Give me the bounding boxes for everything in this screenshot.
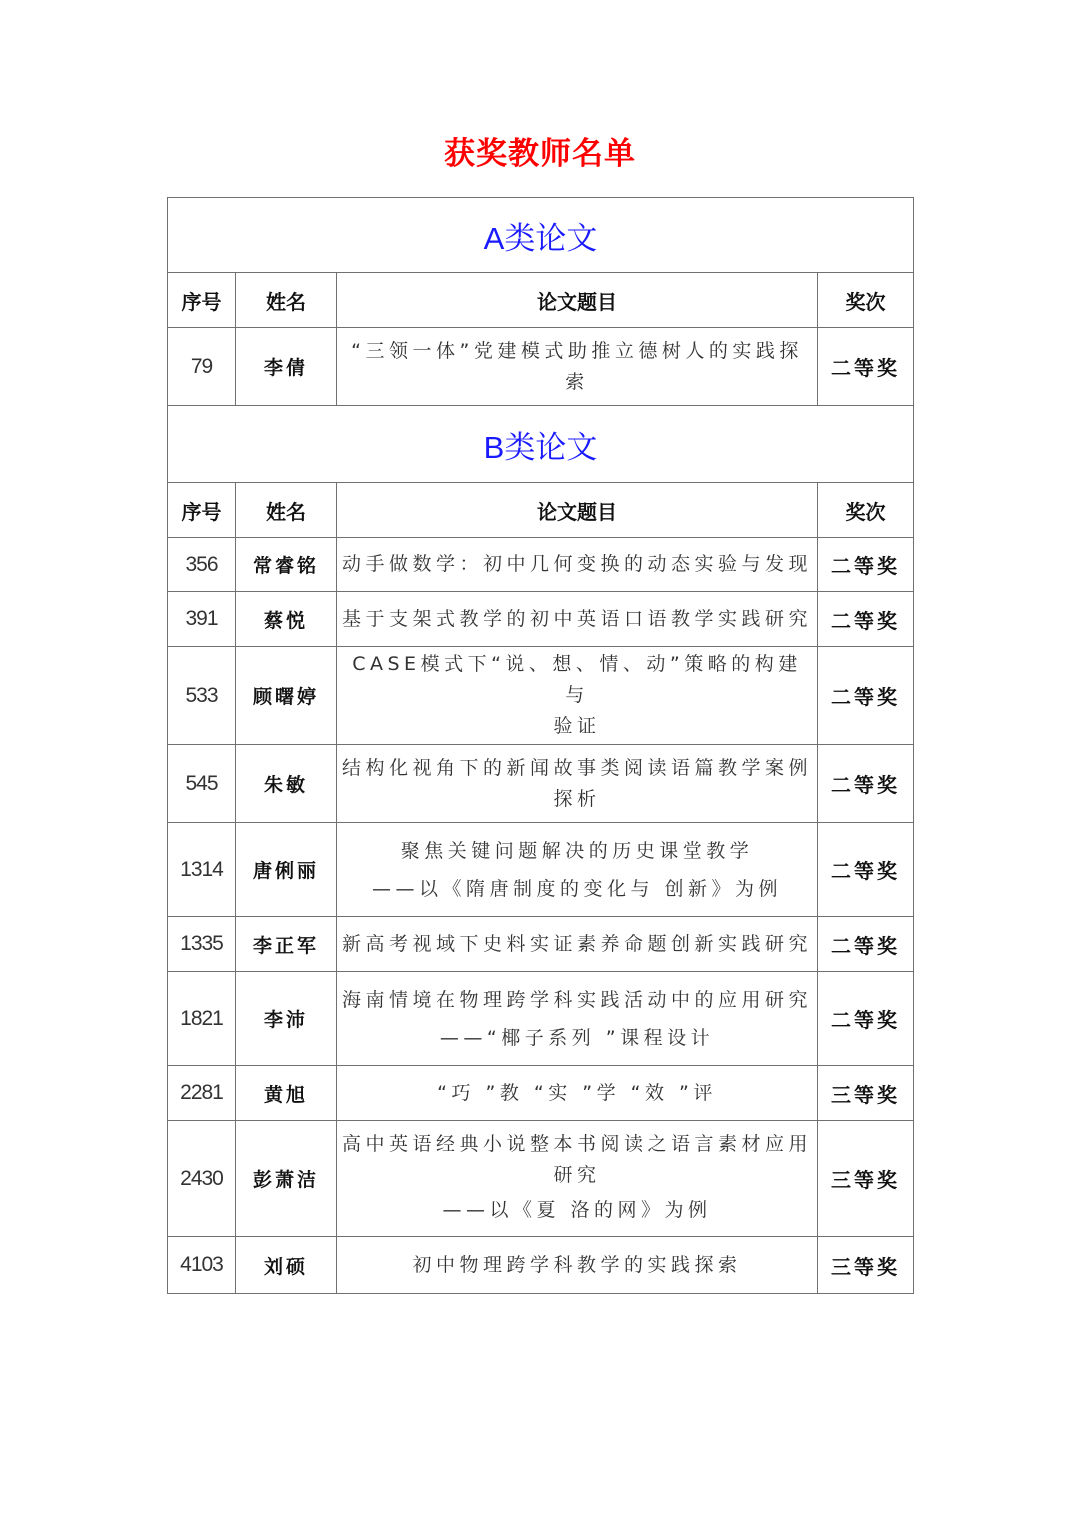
row-no: 1821 <box>168 972 236 1066</box>
row-award: 三等奖 <box>818 1237 914 1294</box>
row-name: 李正军 <box>236 917 337 972</box>
row-topic: CASE模式下“说、想、情、动”策略的构建与 验证 <box>337 647 818 745</box>
page-title: 获奖教师名单 <box>0 128 1080 173</box>
column-header-row: 序号 姓名 论文题目 奖次 <box>168 273 914 328</box>
row-no: 2430 <box>168 1121 236 1237</box>
row-name: 常睿铭 <box>236 538 337 592</box>
row-topic: 初中物理跨学科教学的实践探索 <box>337 1237 818 1294</box>
row-name: 朱敏 <box>236 745 337 823</box>
row-no: 2281 <box>168 1066 236 1121</box>
table-row: 533 顾曙婷 CASE模式下“说、想、情、动”策略的构建与 验证 二等奖 <box>168 647 914 745</box>
row-award: 二等奖 <box>818 592 914 647</box>
topic-line: ——以《隋唐制度的变化与 创新》为例 <box>341 870 813 908</box>
table-row: 2281 黄旭 “巧 ”教 “实 ”学 “效 ”评 三等奖 <box>168 1066 914 1121</box>
row-award: 二等奖 <box>818 972 914 1066</box>
col-award-header: 奖次 <box>818 273 914 328</box>
topic-line: “三领一体”党建模式助推立德树人的实践探 <box>341 336 813 367</box>
row-award: 三等奖 <box>818 1066 914 1121</box>
row-no: 79 <box>168 328 236 406</box>
row-topic: 聚焦关键问题解决的历史课堂教学 ——以《隋唐制度的变化与 创新》为例 <box>337 823 818 917</box>
topic-line: 动手做数学：初中几何变换的动态实验与发现 <box>341 549 813 580</box>
row-no: 4103 <box>168 1237 236 1294</box>
table-row: 545 朱敏 结构化视角下的新闻故事类阅读语篇教学案例 探析 二等奖 <box>168 745 914 823</box>
table-row: 1335 李正军 新高考视域下史料实证素养命题创新实践研究 二等奖 <box>168 917 914 972</box>
row-award: 二等奖 <box>818 538 914 592</box>
row-topic: 基于支架式教学的初中英语口语教学实践研究 <box>337 592 818 647</box>
row-award: 二等奖 <box>818 745 914 823</box>
topic-line: 探析 <box>341 784 813 815</box>
col-no-header: 序号 <box>168 483 236 538</box>
topic-line: 海南情境在物理跨学科实践活动中的应用研究 <box>341 981 813 1019</box>
row-no: 1335 <box>168 917 236 972</box>
row-award: 二等奖 <box>818 917 914 972</box>
row-name: 李倩 <box>236 328 337 406</box>
row-topic: 动手做数学：初中几何变换的动态实验与发现 <box>337 538 818 592</box>
topic-line: 索 <box>341 367 813 398</box>
row-award: 二等奖 <box>818 823 914 917</box>
col-no-header: 序号 <box>168 273 236 328</box>
topic-line: 新高考视域下史料实证素养命题创新实践研究 <box>341 929 813 960</box>
row-topic: 新高考视域下史料实证素养命题创新实践研究 <box>337 917 818 972</box>
section-title: B类论文 <box>168 406 914 483</box>
topic-line: ——“椰子系列 ”课程设计 <box>341 1019 813 1057</box>
row-topic: “巧 ”教 “实 ”学 “效 ”评 <box>337 1066 818 1121</box>
topic-line: 高中英语经典小说整本书阅读之语言素材应用 <box>341 1129 813 1160</box>
table-row: 4103 刘硕 初中物理跨学科教学的实践探索 三等奖 <box>168 1237 914 1294</box>
col-name-header: 姓名 <box>236 483 337 538</box>
table-row: 1821 李沛 海南情境在物理跨学科实践活动中的应用研究 ——“椰子系列 ”课程… <box>168 972 914 1066</box>
row-award: 三等奖 <box>818 1121 914 1237</box>
topic-line: CASE模式下“说、想、情、动”策略的构建与 <box>341 649 813 711</box>
row-name: 唐俐丽 <box>236 823 337 917</box>
row-name: 彭萧洁 <box>236 1121 337 1237</box>
topic-line: 初中物理跨学科教学的实践探索 <box>341 1250 813 1281</box>
section-header-a: A类论文 <box>168 198 914 273</box>
topic-line: 聚焦关键问题解决的历史课堂教学 <box>341 832 813 870</box>
section-title: A类论文 <box>168 198 914 273</box>
section-header-b: B类论文 <box>168 406 914 483</box>
row-name: 黄旭 <box>236 1066 337 1121</box>
row-name: 顾曙婷 <box>236 647 337 745</box>
col-award-header: 奖次 <box>818 483 914 538</box>
row-award: 二等奖 <box>818 328 914 406</box>
topic-line: ——以《夏 洛的网》为例 <box>341 1191 813 1229</box>
topic-line: “巧 ”教 “实 ”学 “效 ”评 <box>341 1078 813 1109</box>
table-row: 1314 唐俐丽 聚焦关键问题解决的历史课堂教学 ——以《隋唐制度的变化与 创新… <box>168 823 914 917</box>
table-row: 356 常睿铭 动手做数学：初中几何变换的动态实验与发现 二等奖 <box>168 538 914 592</box>
row-name: 李沛 <box>236 972 337 1066</box>
table-row: 79 李倩 “三领一体”党建模式助推立德树人的实践探 索 二等奖 <box>168 328 914 406</box>
table-row: 391 蔡悦 基于支架式教学的初中英语口语教学实践研究 二等奖 <box>168 592 914 647</box>
row-no: 545 <box>168 745 236 823</box>
row-award: 二等奖 <box>818 647 914 745</box>
topic-line: 结构化视角下的新闻故事类阅读语篇教学案例 <box>341 753 813 784</box>
topic-line: 基于支架式教学的初中英语口语教学实践研究 <box>341 604 813 635</box>
topic-line: 研究 <box>341 1160 813 1191</box>
topic-line: 验证 <box>341 711 813 742</box>
row-topic: 高中英语经典小说整本书阅读之语言素材应用 研究 ——以《夏 洛的网》为例 <box>337 1121 818 1237</box>
row-topic: 海南情境在物理跨学科实践活动中的应用研究 ——“椰子系列 ”课程设计 <box>337 972 818 1066</box>
col-name-header: 姓名 <box>236 273 337 328</box>
col-topic-header: 论文题目 <box>337 483 818 538</box>
row-no: 1314 <box>168 823 236 917</box>
table-row: 2430 彭萧洁 高中英语经典小说整本书阅读之语言素材应用 研究 ——以《夏 洛… <box>168 1121 914 1237</box>
column-header-row: 序号 姓名 论文题目 奖次 <box>168 483 914 538</box>
row-no: 391 <box>168 592 236 647</box>
row-no: 533 <box>168 647 236 745</box>
row-topic: “三领一体”党建模式助推立德树人的实践探 索 <box>337 328 818 406</box>
award-table: A类论文 序号 姓名 论文题目 奖次 79 李倩 “三领一体”党建模式助推立德树… <box>167 197 914 1294</box>
col-topic-header: 论文题目 <box>337 273 818 328</box>
row-name: 刘硕 <box>236 1237 337 1294</box>
row-topic: 结构化视角下的新闻故事类阅读语篇教学案例 探析 <box>337 745 818 823</box>
row-no: 356 <box>168 538 236 592</box>
row-name: 蔡悦 <box>236 592 337 647</box>
